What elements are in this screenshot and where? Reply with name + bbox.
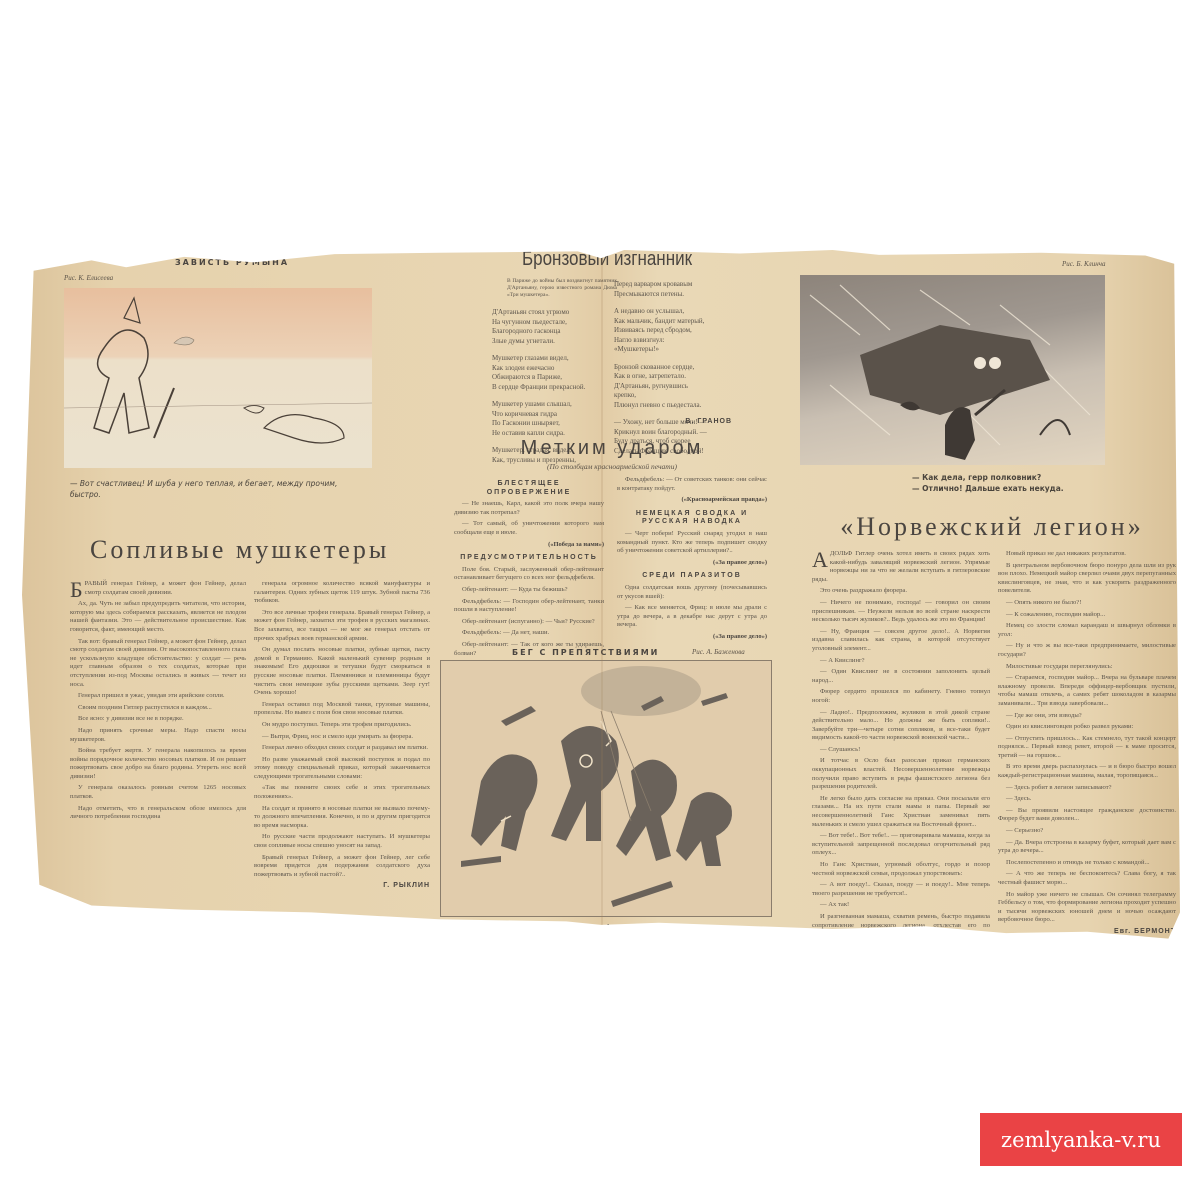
caption-line: — Да, но мосглины, к сожалению, совсем р… [497, 933, 777, 944]
paragraph: — Здесь. [998, 795, 1176, 804]
poem-line: А недавно он услышал, [614, 307, 754, 317]
paragraph: Милостивые государи переглянулись: [998, 663, 1176, 672]
source-citation: («За правое дело») [617, 633, 767, 642]
paragraph: — Ах так! [812, 901, 990, 910]
paragraph: Он думал послать носовые платки, зубные … [254, 646, 430, 698]
poem-stanza: Мушкетер ушами слышал,Что коричневая гид… [492, 400, 632, 438]
paragraph: Все ясно: у дивизии все не в порядке. [70, 715, 246, 724]
poem-line: Как в огне, затрепетало. [614, 372, 754, 382]
paragraph: На солдат и принято в носовые платки не … [254, 805, 430, 831]
paragraph: Бравый генерал Гейнер, а может фон Гейне… [254, 854, 430, 880]
paragraph: Одна солдатская вошь другому (почесывавш… [617, 584, 767, 601]
article-signature: Евг. БЕРМОНТ [998, 928, 1176, 937]
paragraph: У генерала оказалось ровным счетом 1265 … [70, 784, 246, 801]
poem-line: По Гасконии шныряет, [492, 419, 632, 429]
paragraph: Это все личные трофеи генерала. Бравый г… [254, 609, 430, 643]
cartoon-illustration [441, 661, 771, 916]
poem-line: Что коричневая гидра [492, 410, 632, 420]
paragraph: Не легко было дать согласие на приказ. О… [812, 795, 990, 829]
article-column-2: Новый приказ не дал никаких результатов.… [998, 550, 1176, 937]
paragraph: — Не знаешь, Карл, какой это полк вчера … [454, 500, 604, 517]
poem-stanza: Бронзой скованное сердце,Как в огне, зат… [614, 363, 754, 411]
satire-column-1: БЛЕСТЯЩЕЕ ОПРОВЕРЖЕНИЕ— Не знаешь, Карл,… [454, 476, 604, 661]
paragraph: — Как все меняется, Фриц: в июле мы драл… [617, 604, 767, 630]
cartoon-credit: Рис. К. Елисеева [64, 274, 113, 282]
paragraph: Надо отметить, что в генеральском обозе … [70, 805, 246, 822]
paragraph: — Стараемся, господин майор... Вчера на … [998, 674, 1176, 708]
poem-line: Нагло взвизгнул: [614, 336, 754, 346]
article-headline-soplivye: Сопливые мушкетеры [90, 535, 389, 565]
dropcap: А [812, 550, 828, 570]
article-column-1: Б РАВЫЙ генерал Гейнер, а может фон Гейн… [70, 580, 246, 825]
poem-stanza: Перед варваром кровавымПресмыкаются пете… [614, 280, 754, 299]
cartoon-credit: Рис. Б. Клинча [1062, 260, 1106, 268]
poem-line: Бронзой скованное сердце, [614, 363, 754, 373]
dropcap: Б [70, 580, 83, 600]
paragraph: — Вы проявили настоящее гражданское дост… [998, 807, 1176, 824]
paragraph: — Да. Вчера отстроена в казарму буфет, к… [998, 839, 1176, 856]
paragraph: ДОЛЬФ Гитлер очень хотел иметь в своих р… [812, 550, 990, 584]
paragraph: Так вот: бравый генерал Гейнер, а может … [70, 638, 246, 690]
satire-column-2: Фельдфебель: — От советских танков: они … [617, 476, 767, 647]
paragraph: Ах, да. Чуть не забыл предупредить читат… [70, 600, 246, 634]
satire-headline: Метким ударом [452, 437, 772, 460]
poem-line: Злые думы угнетали. [492, 337, 632, 347]
paragraph: Фюрер сердито прошелся по кабинету. Гнев… [812, 688, 990, 705]
paragraph: — Вот тебе!.. Вот тебе!.. — приговаривал… [812, 832, 990, 858]
cartoon-title-zavist-rumyna: ЗАВИСТЬ РУМЫНА [172, 258, 292, 267]
poem-line: крепко, [614, 391, 754, 401]
article-paragraphs: ДОЛЬФ Гитлер очень хотел иметь в своих р… [812, 550, 990, 939]
paragraph: — Слушаюсь! [812, 746, 990, 755]
caption-line: — Москва теперь далеко! [497, 922, 777, 933]
paragraph: Фельдфебель: — Да нет, наши. [454, 629, 604, 638]
poem-epigraph: В Париже до войны был воздвигнут памятни… [507, 278, 617, 299]
paragraph: — Ладно!.. Предположим, жуликов в этой д… [812, 709, 990, 743]
cartoon-title-put-na-zapad: ПУТЬ НА ЗАПАД [902, 244, 1003, 253]
source-citation: («Победа за нами») [454, 541, 604, 550]
paragraph: В это время дверь распахнулась — и в бюр… [998, 763, 1176, 780]
paragraph: Но разве уважаемый свой высокий поступок… [254, 756, 430, 782]
poem-line: Плюнул гневно с пьедестала. [614, 401, 754, 411]
paragraph: Но русские части продолжают наступать. И… [254, 833, 430, 850]
poem-line: Д'Артаньян стоял угрюмо [492, 308, 632, 318]
poem-line: Мушкетер глазами видел, [492, 354, 632, 364]
paragraph: — Ничего не понимаю, господа! — говорил … [812, 599, 990, 625]
paragraph: И разгневанная мамаша, схватив ремень, б… [812, 913, 990, 939]
poem-stanza: Д'Артаньян стоял угрюмоНа чугунном пьеде… [492, 308, 632, 346]
paragraph: Фельдфебель: — От советских танков: они … [617, 476, 767, 493]
paragraph: Поле боя. Старый, заслуженный обер-лейте… [454, 566, 604, 583]
poem-line: Мушкетер ушами слышал, [492, 400, 632, 410]
newspaper-spread: ЗАВИСТЬ РУМЫНА Рис. К. Елисеева — Вот сч… [22, 250, 1180, 940]
poem-line: Обжираются в Париже, [492, 373, 632, 383]
paragraph: — Серьезно? [998, 827, 1176, 836]
article-signature: Г. РЫКЛИН [254, 882, 430, 891]
paragraph: — Ну, Франция — совсем другое дело!.. А … [812, 628, 990, 654]
paragraph: — Где же они, эти взводы? [998, 712, 1176, 721]
paragraph: — Черт побери! Русский снаряд угодил в н… [617, 530, 767, 556]
poem-line: Как мальчик, бандит матерый, [614, 317, 754, 327]
caption-line: — Как дела, герр полковник? [912, 472, 1064, 483]
poem-line: Д'Артаньян, ругнувшись [614, 382, 754, 392]
paragraph: — Один Квислинг не в состоянии заполонит… [812, 668, 990, 685]
cartoon-beg-s-prepyatstviyami [440, 660, 772, 917]
poem-line: Как злодеи ежечасно [492, 364, 632, 374]
poem-line: На чугунном пьедестале, [492, 318, 632, 328]
satire-subtitle: (По столбцам красноармейской печати) [452, 462, 772, 471]
paragraph: Фельдфебель: — Господин обер-лейтенант, … [454, 598, 604, 615]
poem-line: Крикнул воин благородный. — [614, 428, 754, 438]
poem-stanza: А недавно он услышал,Как мальчик, бандит… [614, 307, 754, 355]
paragraph: Немец со злости сломал карандаш и швырну… [998, 622, 1176, 639]
paragraph: — А Квислинг? [812, 657, 990, 666]
paragraph: РАВЫЙ генерал Гейнер, а может фон Гейнер… [70, 580, 246, 597]
paragraph: Один из квислинговцев робко развел рукам… [998, 723, 1176, 732]
paragraph: — А что же теперь не беспокоитесь? Слава… [998, 870, 1176, 887]
paragraph: — Отпустить пришлось... Как стемнело, ту… [998, 735, 1176, 761]
paragraph: Генерал пришел в ужас, увидав эти арийск… [70, 692, 246, 701]
paragraph: — Вытри, Фриц, нос и смело иди умирать з… [254, 733, 430, 742]
source-citation: («За правое дело») [617, 559, 767, 568]
paragraph: — Здесь робит в легион записывают? [998, 784, 1176, 793]
poem-signature: В. ГРАНОВ [622, 418, 732, 425]
cartoon-illustration [64, 288, 372, 468]
poem-headline: Бронзовый изгнанник [480, 248, 735, 271]
source-citation: («Красноармейская правда») [617, 496, 767, 505]
cartoon-title-beg: БЕГ С ПРЕПЯТСТВИЯМИ [512, 648, 659, 657]
paragraph: Это очень раздражало фюрера. [812, 587, 990, 596]
article-headline-norvezhsky: «Норвежский легион» [822, 512, 1162, 542]
paragraph: — Опять никого не было?! [998, 599, 1176, 608]
paragraph: Он мудро поступил. Теперь эти трофеи при… [254, 721, 430, 730]
paragraph: Послепостепенно и отнюдь не только с ком… [998, 859, 1176, 868]
article-column-1: А ДОЛЬФ Гитлер очень хотел иметь в своих… [812, 550, 990, 942]
article-paragraphs: генерала огромное количество всякой ману… [254, 580, 430, 879]
article-column-2: генерала огромное количество всякой ману… [254, 580, 430, 891]
caption-line: — Отлично! Дальше ехать некуда. [912, 483, 1064, 494]
section-heading: НЕМЕЦКАЯ СВОДКА И РУССКАЯ НАВОДКА [617, 510, 767, 527]
poem-line: Извиваясь перед сбродом, [614, 326, 754, 336]
cartoon-credit: Рис. А. Баженова [692, 648, 745, 656]
paragraph: Обер-лейтенант: — Куда ты бежишь? [454, 586, 604, 595]
paragraph: Обер-лейтенант (испуганно): — Чьи? Русск… [454, 618, 604, 627]
cartoon-caption: — Москва теперь далеко! — Да, но мосглин… [497, 922, 777, 944]
paragraph: — К сожалению, господин майор... [998, 611, 1176, 620]
article-paragraphs: Новый приказ не дал никаких результатов.… [998, 550, 1176, 925]
paragraph: генерала огромное количество всякой ману… [254, 580, 430, 606]
paragraph: Новый приказ не дал никаких результатов. [998, 550, 1176, 559]
poem-line: В сердце Франции прекрасной. [492, 383, 632, 393]
paragraph: «Так вы помните своих себе и этих трогат… [254, 784, 430, 801]
paragraph: — Тот самый, об уничтожении которого нам… [454, 520, 604, 537]
article-paragraphs: РАВЫЙ генерал Гейнер, а может фон Гейнер… [70, 580, 246, 822]
paragraph: Генерал оставил под Москвой танки, грузо… [254, 701, 430, 718]
poem-stanza: Мушкетер глазами видел,Как злодеи ежечас… [492, 354, 632, 392]
paragraph: Но Ганс Христиан, угрюмый оболтус, гордо… [812, 861, 990, 878]
paragraph: В центральном вербовочном бюро понуро де… [998, 562, 1176, 596]
paragraph: — Ну и что ж вы все-таки предпринимаете,… [998, 642, 1176, 659]
poem-line: Перед варваром кровавым [614, 280, 754, 290]
cartoon-put-na-zapad [800, 275, 1105, 465]
poem-line: Пресмыкаются петены. [614, 290, 754, 300]
section-heading: ПРЕДУСМОТРИТЕЛЬНОСТЬ [454, 554, 604, 563]
section-heading: СРЕДИ ПАРАЗИТОВ [617, 572, 767, 581]
paragraph: И тотчас в Осло был разослан приказ герм… [812, 757, 990, 791]
paragraph: Своим поздним Гитлер распустился в каждо… [70, 704, 246, 713]
cartoon-caption: — Как дела, герр полковник? — Отлично! Д… [912, 472, 1064, 494]
paragraph: Но майор уже ничего не слышал. Он сочиня… [998, 891, 1176, 925]
paragraph: Генерал лично обходил своих солдат и раз… [254, 744, 430, 753]
paragraph: Надо принять срочные меры. Надо спасти н… [70, 727, 246, 744]
paragraph: Война требует жертв. У генерала накопило… [70, 747, 246, 781]
cartoon-caption: — Вот счастливец! И шуба у него теплая, … [70, 478, 370, 500]
poem-line: Благородного гасконца [492, 327, 632, 337]
cartoon-zavist-rumyna [64, 288, 372, 468]
section-heading: БЛЕСТЯЩЕЕ ОПРОВЕРЖЕНИЕ [454, 480, 604, 497]
watermark-logo[interactable]: zemlyanka-v.ru [980, 1113, 1182, 1166]
poem-line: «Мушкетеры!» [614, 345, 754, 355]
cartoon-illustration [800, 275, 1105, 465]
paragraph: — А вот поеду!.. Сказал, поеду — и поеду… [812, 881, 990, 898]
